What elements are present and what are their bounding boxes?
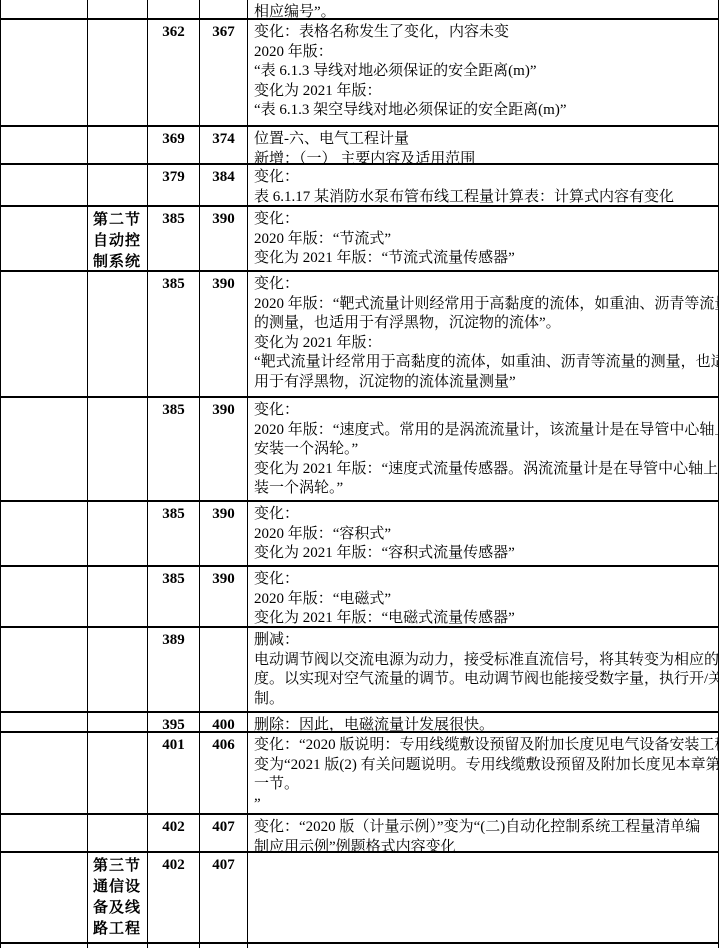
page-2020-cell: 379 [148,165,200,205]
description-cell: 变化： 2020 年版：“容积式” 变化为 2021 年版：“容积式流量传感器” [248,502,719,565]
page-2020-cell: 369 [148,127,200,163]
chapter-cell [0,815,88,851]
chapter-cell [0,853,88,942]
page-2020-cell: 362 [148,20,200,125]
page-2021-cell: 390 [200,567,248,626]
section-cell [88,628,148,711]
section-cell [88,502,148,565]
table-row: 385 390 变化： 2020 年版：“靶式流量计则经常用于高黏度的流体，如重… [0,272,719,398]
description-cell: 变化： 2020 年版：“节流式” 变化为 2021 年版：“节流式流量传感器” [248,207,719,270]
page-2020-cell: 389 [148,628,200,711]
section-cell [88,398,148,500]
chapter-cell [0,398,88,500]
table-row: 385 390 变化： 2020 年版：“电磁式” 变化为 2021 年版：“电… [0,567,719,628]
chapter-cell [0,944,88,948]
table-row: 相应编号”。 [0,0,719,20]
table-row: 369 374 位置-六、电气工程计量 新增：（一） 主要内容及适用范围 [0,127,719,165]
section-cell: 第三节 通信设 备及线 路工程 [88,853,148,942]
page-2021-cell: 406 [200,733,248,813]
section-cell: 第二节 自动控 制系统 [88,207,148,270]
page-2020-cell: 395 [148,713,200,731]
section-cell [88,944,148,948]
chapter-cell [0,628,88,711]
page-2020-cell: 385 [148,207,200,270]
table-row: 第三节 通信设 备及线 路工程 402 407 [0,853,719,944]
section-cell [88,567,148,626]
page-2021-cell [200,0,248,18]
page-2020-cell: 385 [148,272,200,396]
section-cell [88,733,148,813]
table-row: 401 406 变化：“2020 版说明：专用线缆敷设预留及附加长度见电气设备安… [0,733,719,815]
description-cell: 变化： 2020 年版：“电磁式” 变化为 2021 年版：“电磁式流量传感器” [248,567,719,626]
page-2020-cell: 401 [148,733,200,813]
page-2021-cell [200,944,248,948]
page-2021-cell: 367 [200,20,248,125]
chapter-cell [0,502,88,565]
description-cell: 删减： 电动调节阀以交流电源为动力，接受标准直流信号，将其转变为相应的开 度。以… [248,628,719,711]
section-cell [88,20,148,125]
chapter-cell [0,272,88,396]
description-cell: 相应编号”。 [248,0,719,18]
description-cell: 变化：表格名称发生了变化，内容未变 2020 年版： “表 6.1.3 导线对地… [248,20,719,125]
page-2021-cell: 374 [200,127,248,163]
table-row: 402 407 变化：“2020 版（计量示例）”变为“(二)自动化控制系统工程… [0,815,719,853]
description-cell: 变化：“2020 版说明：专用线缆敷设预留及附加长度见电气设备安装工程” 变为“… [248,733,719,813]
document-page: 相应编号”。 362 367 变化：表格名称发生了变化，内容未变 2020 年版… [0,0,719,948]
comparison-table: 相应编号”。 362 367 变化：表格名称发生了变化，内容未变 2020 年版… [0,0,719,948]
table-row: 395 400 删除：因此，电磁流量计发展很快。 [0,713,719,733]
section-cell [88,815,148,851]
page-2021-cell [200,628,248,711]
chapter-cell [0,165,88,205]
chapter-cell [0,207,88,270]
chapter-cell [0,733,88,813]
description-cell: 位置-六、电气工程计量 新增：（一） 主要内容及适用范围 [248,127,719,163]
page-2020-cell: 385 [148,502,200,565]
description-cell: 变化： 表 6.1.17 某消防水泵布管布线工程量计算表：计算式内容有变化 [248,165,719,205]
page-2021-cell: 390 [200,272,248,396]
page-2021-cell: 390 [200,398,248,500]
chapter-cell [0,567,88,626]
chapter-cell [0,0,88,18]
page-2020-cell [148,0,200,18]
page-2020-cell: 385 [148,398,200,500]
page-2021-cell: 390 [200,207,248,270]
page-2020-cell: 385 [148,567,200,626]
table-row: 385 390 变化： 2020 年版：“容积式” 变化为 2021 年版：“容… [0,502,719,567]
page-2021-cell: 407 [200,853,248,942]
description-cell: 变化：“2020 版（计量示例）”变为“(二)自动化控制系统工程量清单编 制应用… [248,815,719,851]
section-cell [88,127,148,163]
description-cell [248,944,719,948]
chapter-cell [0,713,88,731]
table-row: 389 删减： 电动调节阀以交流电源为动力，接受标准直流信号，将其转变为相应的开… [0,628,719,713]
page-2021-cell: 400 [200,713,248,731]
description-cell: 变化： 2020 年版：“速度式。常用的是涡流流量计，该流量计是在导管中心轴上 … [248,398,719,500]
table-row: 第二节 自动控 制系统 385 390 变化： 2020 年版：“节流式” 变化… [0,207,719,272]
table-row: 362 367 变化：表格名称发生了变化，内容未变 2020 年版： “表 6.… [0,20,719,127]
page-2020-cell: 402 [148,853,200,942]
section-cell [88,272,148,396]
table-row [0,944,719,948]
section-cell [88,713,148,731]
description-cell [248,853,719,942]
page-2021-cell: 384 [200,165,248,205]
page-2021-cell: 390 [200,502,248,565]
page-2021-cell: 407 [200,815,248,851]
description-cell: 删除：因此，电磁流量计发展很快。 [248,713,719,731]
section-cell [88,0,148,18]
chapter-cell [0,20,88,125]
page-2020-cell: 402 [148,815,200,851]
table-row: 385 390 变化： 2020 年版：“速度式。常用的是涡流流量计，该流量计是… [0,398,719,502]
page-2020-cell [148,944,200,948]
section-cell [88,165,148,205]
description-cell: 变化： 2020 年版：“靶式流量计则经常用于高黏度的流体，如重油、沥青等流量 … [248,272,719,396]
table-row: 379 384 变化： 表 6.1.17 某消防水泵布管布线工程量计算表：计算式… [0,165,719,207]
chapter-cell [0,127,88,163]
